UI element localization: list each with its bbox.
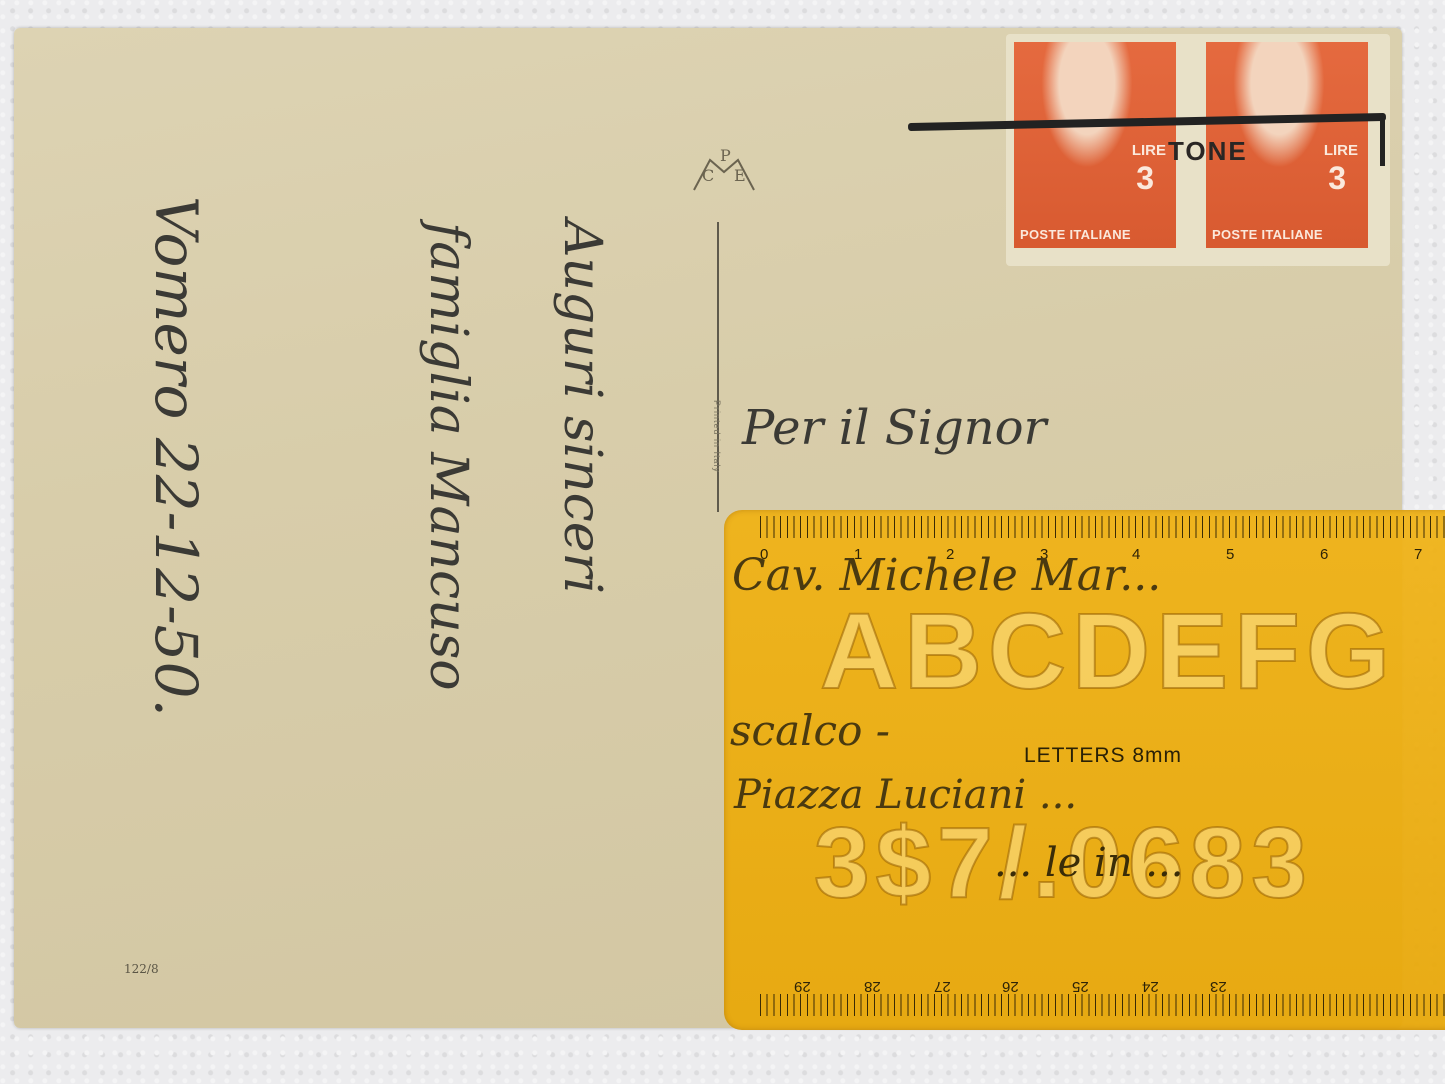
ruler-top-number: 6 — [1320, 546, 1328, 563]
printed-edge-note: Printed in Italy — [712, 400, 722, 473]
ruler-top-ticks — [760, 516, 1445, 546]
stamp-value: 3 — [1328, 160, 1346, 197]
ruler-bottom-number: 23 — [1210, 978, 1227, 995]
handwritten-message-line-2: famiglia Mancuso — [418, 222, 478, 691]
ruler-top-number: 5 — [1226, 546, 1234, 563]
ruler-bottom-number: 29 — [794, 978, 811, 995]
ruler-bottom-number: 27 — [934, 978, 951, 995]
stamp-value: 3 — [1136, 160, 1154, 197]
postage-stamp: LIRE 3 POSTE ITALIANE — [1014, 42, 1176, 248]
ruler-bottom-number: 24 — [1142, 978, 1159, 995]
handwritten-message-line-1: Auguri sinceri — [552, 220, 612, 594]
catalog-number: 122/8 — [124, 962, 159, 976]
logo-letter-c: C — [702, 166, 714, 185]
ruler-bottom-number: 28 — [864, 978, 881, 995]
ruler-bottom-ticks — [760, 986, 1445, 1016]
stencil-size-label: LETTERS 8mm — [1024, 744, 1182, 768]
logo-letter-p: P — [720, 146, 731, 165]
ruler-top-number: 7 — [1414, 546, 1422, 563]
stamp-issuer: POSTE ITALIANE — [1020, 227, 1131, 242]
handwritten-address-line-5: ... le in ... — [994, 840, 1183, 886]
postmark-text: TONE — [1168, 136, 1248, 167]
ruler-bottom-number: 26 — [1002, 978, 1019, 995]
handwritten-address-line-3: scalco - — [730, 706, 890, 755]
logo-letter-e: E — [734, 166, 746, 185]
stencil-alphabet: ABCDEFG — [820, 588, 1396, 713]
stamp-currency: LIRE — [1132, 142, 1166, 159]
postmark-cancel-end — [1380, 118, 1385, 166]
handwritten-date: Vomero 22-12-50. — [142, 196, 210, 717]
publisher-logo: P C E — [688, 146, 760, 202]
ruler-bottom-number: 25 — [1072, 978, 1089, 995]
handwritten-address-line-1: Per il Signor — [742, 400, 1046, 456]
stencil-ruler: 0 1 2 3 4 5 6 7 Cav. Michele Mar... ABCD… — [724, 510, 1445, 1030]
stamp-issuer: POSTE ITALIANE — [1212, 227, 1323, 242]
stamp-currency: LIRE — [1324, 142, 1358, 159]
